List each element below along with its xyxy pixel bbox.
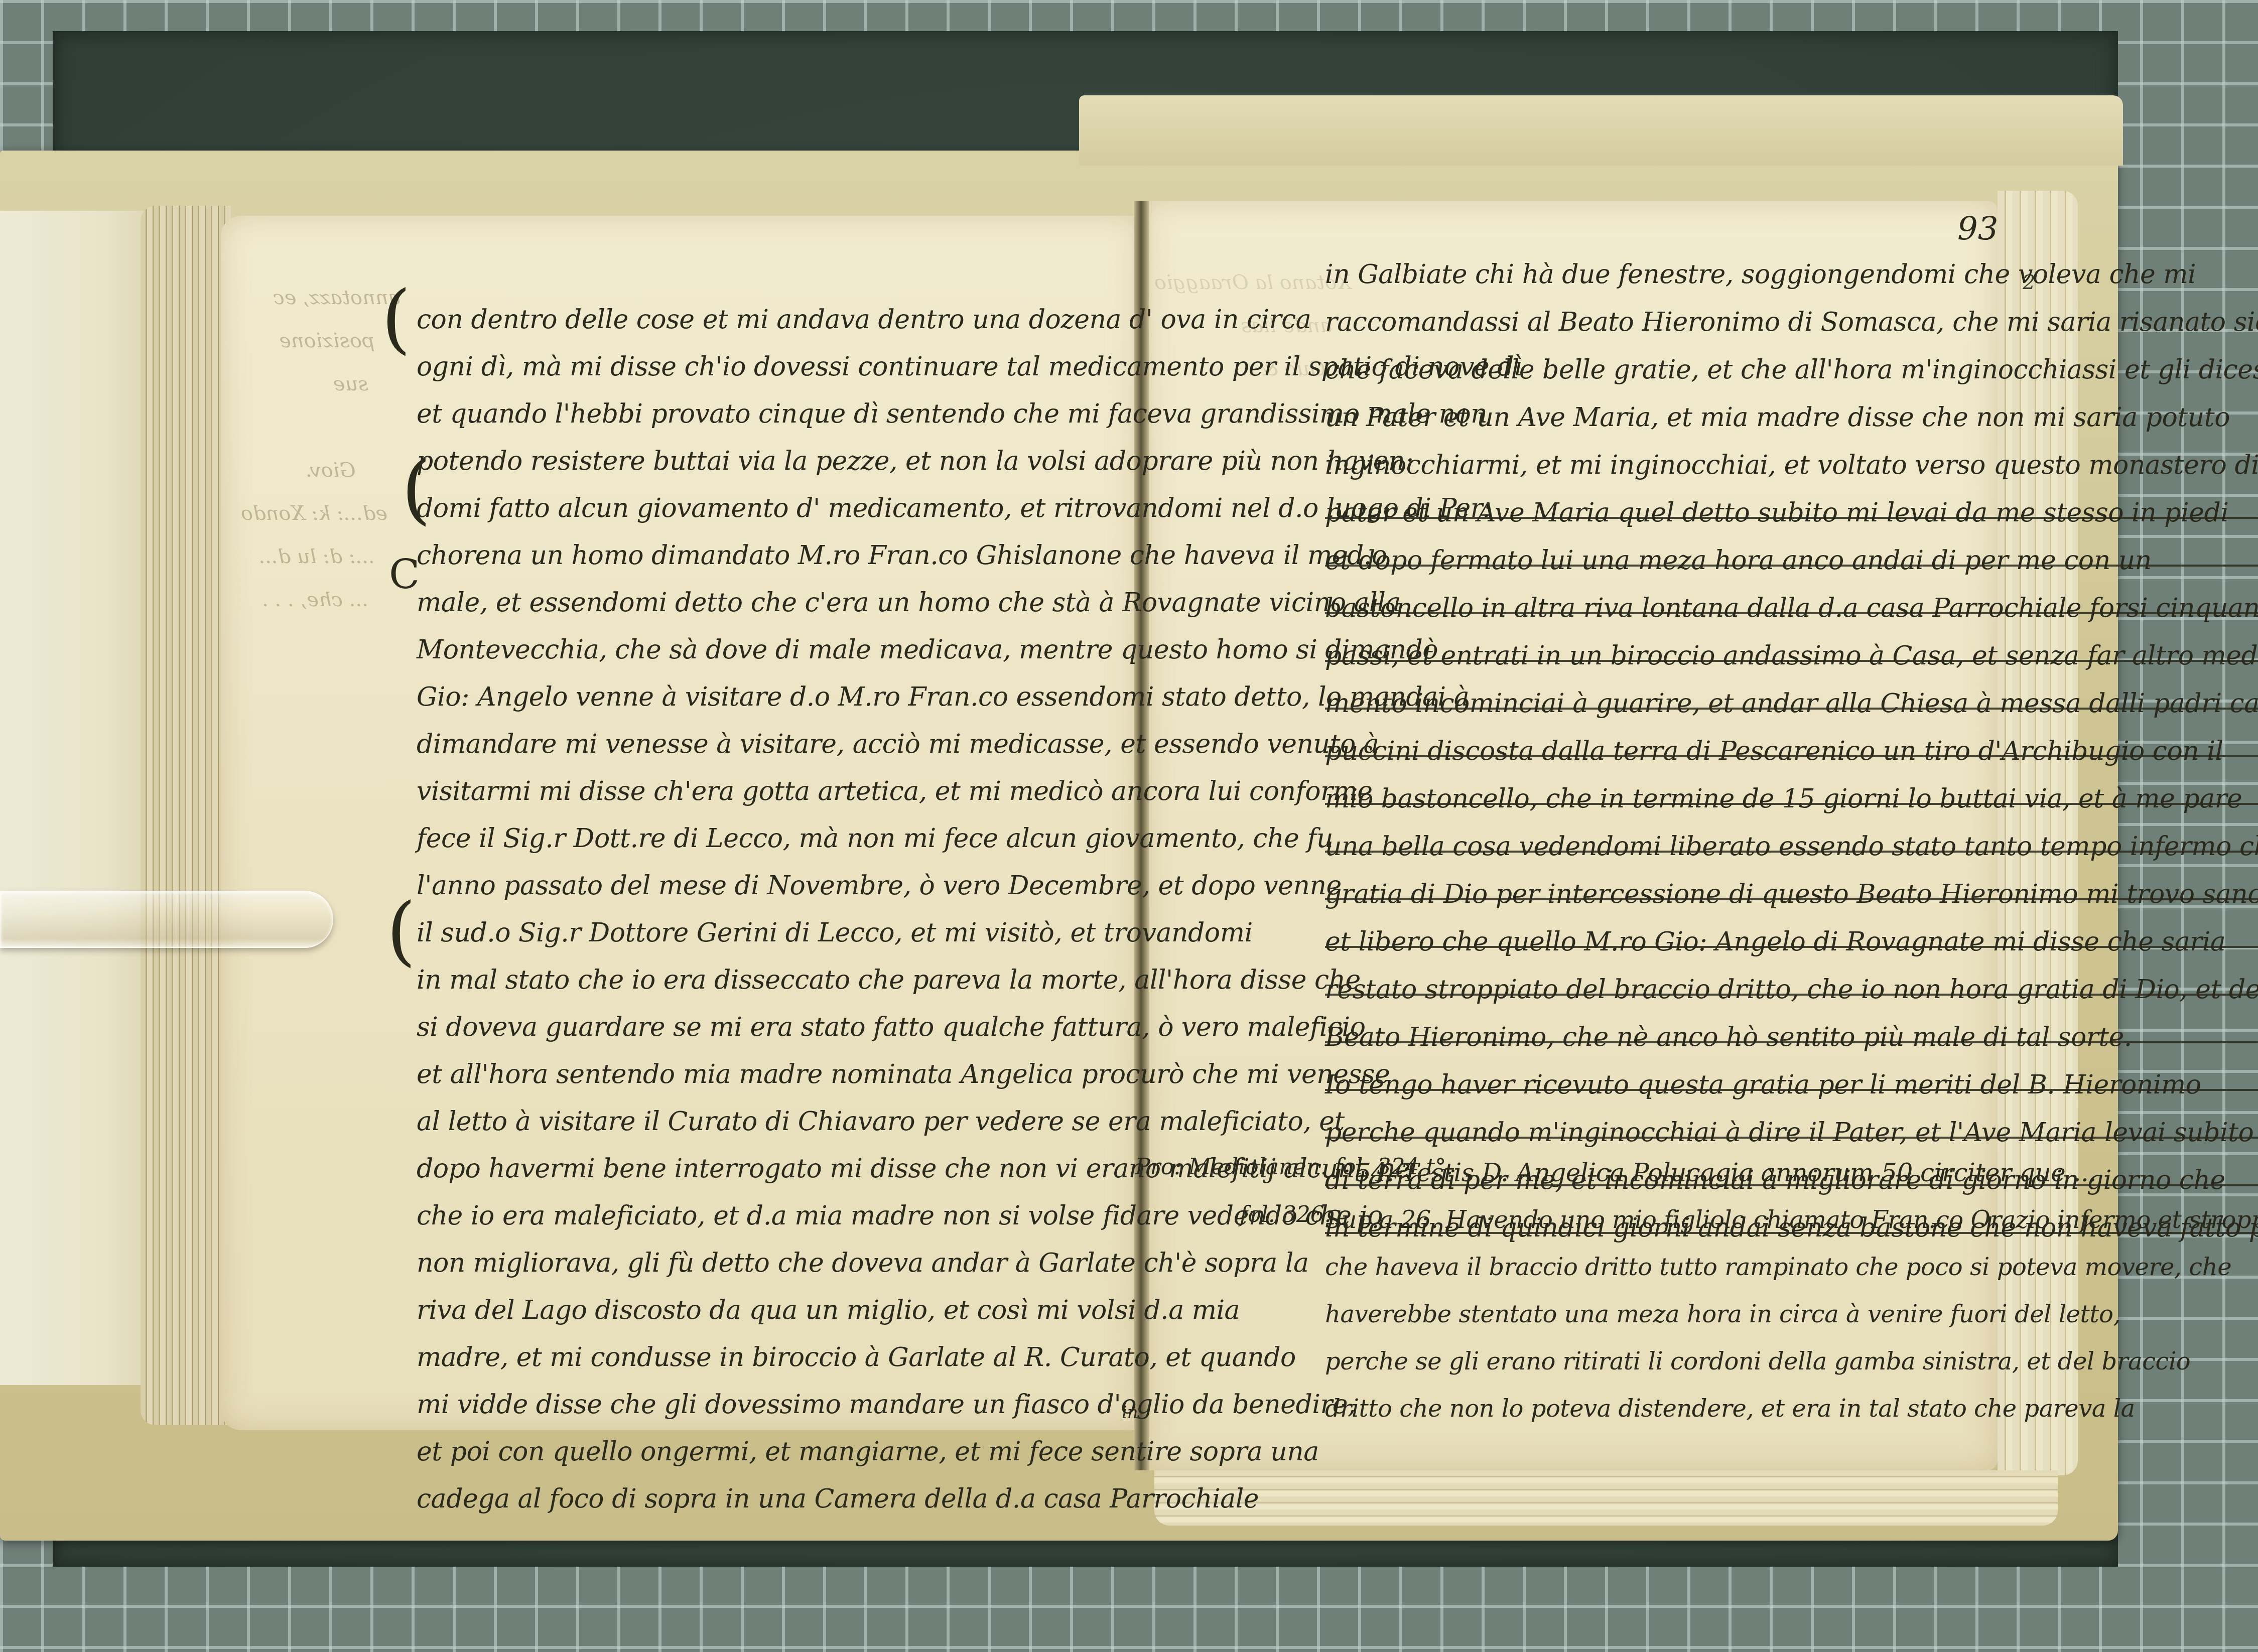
left-page-edges: [141, 206, 231, 1425]
text-line: perche se gli erano ritirati li cordoni …: [1325, 1338, 2258, 1385]
text-line-underlined: bastoncello in altra riva lontana dalla …: [1325, 585, 2258, 632]
text-line: dritto che non lo poteva distendere, et …: [1325, 1385, 2258, 1432]
text-line: raccomandassi al Beato Hieronimo di Soma…: [1325, 299, 2258, 346]
text-line-underlined: gratia di Dio per intercessione di quest…: [1325, 871, 2258, 918]
text-line-underlined: et dopo fermato lui una meza hora anco a…: [1325, 537, 2258, 585]
text-line-underlined: mio bastoncello, che in termine de 15 gi…: [1325, 775, 2258, 823]
text-line: et poi con quello ongermi, et mangiarne,…: [417, 1428, 1522, 1475]
deposition-block: 54. Testis D. Angelica Polucagia annorum…: [1325, 1149, 2258, 1432]
text-line-underlined: pater et un Ave Maria quel detto subito …: [1325, 489, 2258, 537]
left-cover-flap: [0, 211, 152, 1385]
bleed-through-text: annotazz, ec posizione sue Giov. ed...: …: [241, 276, 400, 621]
text-line-underlined: et libero che quello M.ro Gio: Angelo di…: [1325, 918, 2258, 966]
margin-bracket: C: [389, 555, 420, 595]
text-line: cadega al foco di sopra in una Camera de…: [417, 1475, 1522, 1523]
text-line: Sup.a 26. Havendo uno mio figliolo chiam…: [1325, 1196, 2258, 1244]
margin-reference: fol. 326.: [1240, 1202, 1332, 1227]
text-line-underlined: Io tengo haver ricevuto questa gratia pe…: [1325, 1061, 2258, 1109]
text-line-underlined: mento incominciai à guarire, et andar al…: [1325, 680, 2258, 728]
text-line: un Pater et un Ave Maria, et mia madre d…: [1325, 394, 2258, 442]
margin-bracket: (: [386, 893, 416, 969]
text-line: che faceva delle belle gratie, et che al…: [1325, 346, 2258, 394]
glass-rod-weight[interactable]: [0, 891, 333, 948]
text-line-underlined: puccini discosta dalla terra di Pescaren…: [1325, 728, 2258, 775]
catchword: in: [1122, 1403, 1138, 1423]
text-line: che haveva il braccio dritto tutto rampi…: [1325, 1244, 2258, 1291]
margin-bracket: (: [381, 281, 411, 356]
text-line: haverebbe stentato una meza hora in circ…: [1325, 1291, 2258, 1338]
text-line: in Galbiate chi hà due fenestre, soggion…: [1325, 251, 2258, 299]
text-line-underlined: una bella cosa vedendomi liberato essend…: [1325, 823, 2258, 871]
right-page-text: in Galbiate chi hà due fenestre, soggion…: [1325, 251, 2258, 1252]
text-line-underlined: passi, et entrati in un biroccio andassi…: [1325, 632, 2258, 680]
deposition-heading: 54. Testis D. Angelica Polucagia annorum…: [1325, 1149, 2258, 1196]
text-line-underlined: restato stroppiato del braccio dritto, c…: [1325, 966, 2258, 1014]
text-line-underlined: Beato Hieronimo, che nè anco hò sentito …: [1325, 1014, 2258, 1061]
text-line: inginocchiarmi, et mi inginocchiai, et v…: [1325, 442, 2258, 489]
wrapper-top-flap: [1079, 95, 2123, 166]
folio-number: 93: [1957, 211, 1998, 248]
